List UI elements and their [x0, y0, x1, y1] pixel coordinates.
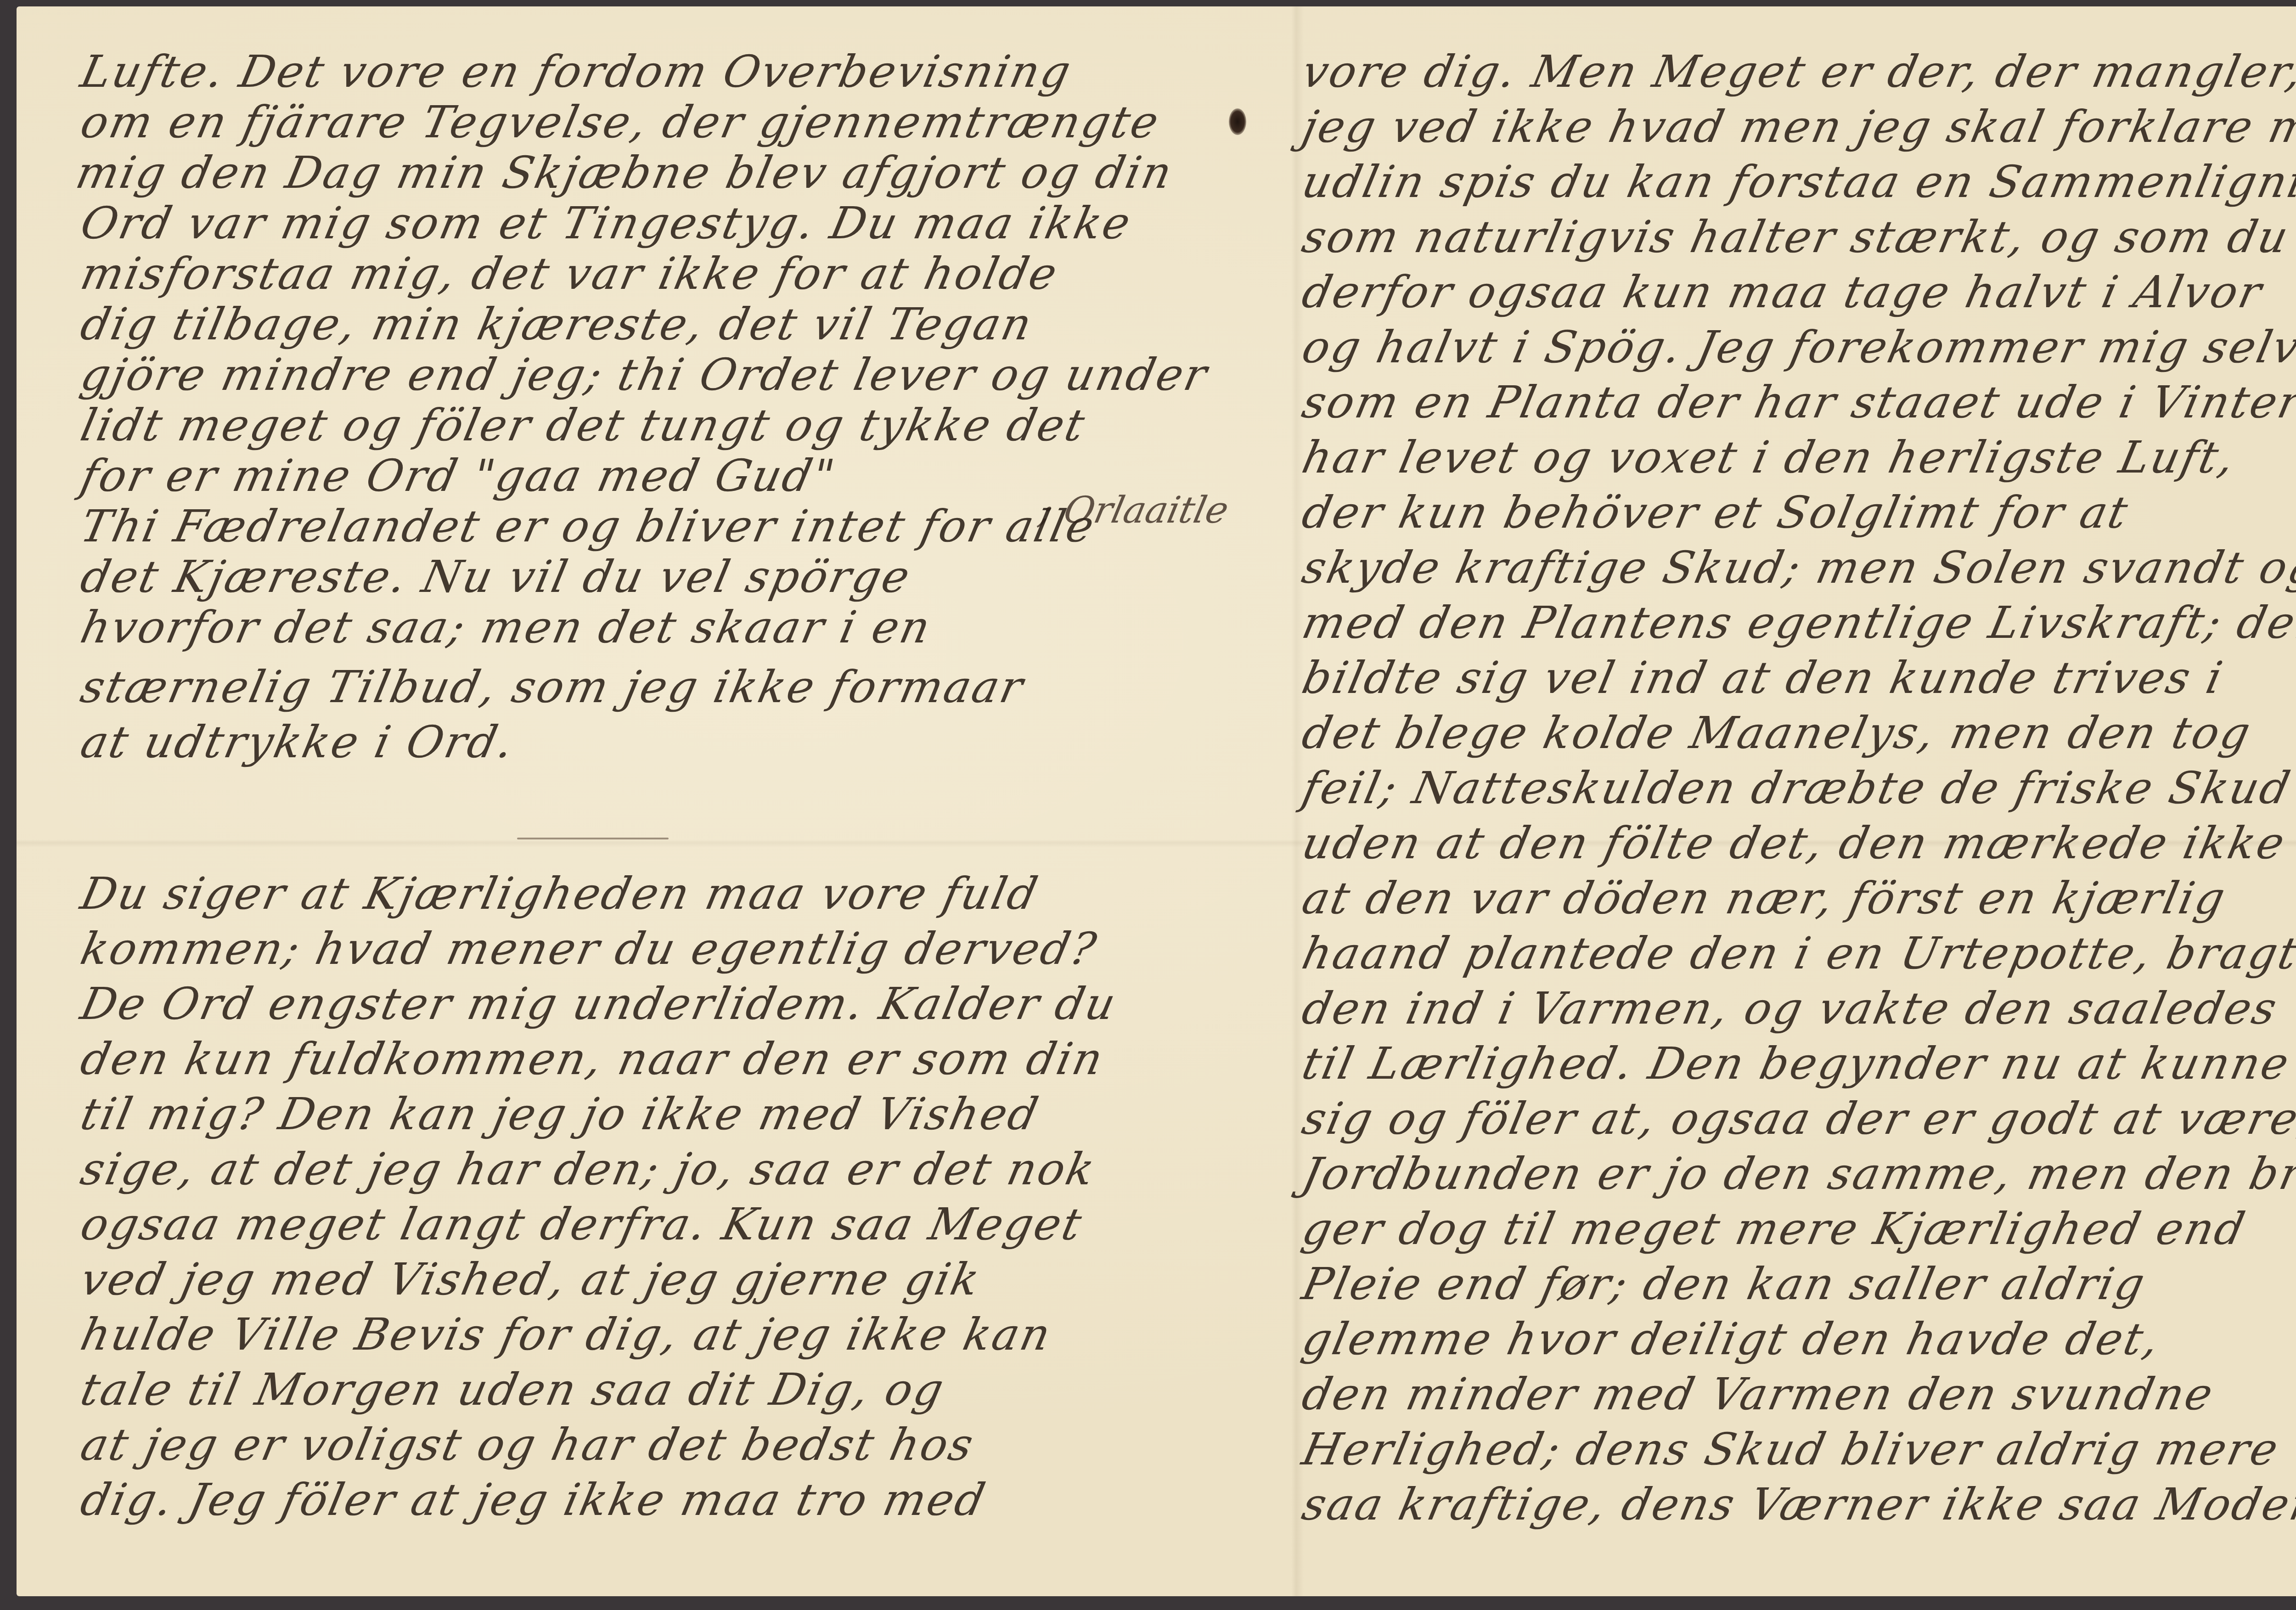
text-line: den ind i Varmen, og vakte den saaledes [1298, 983, 2283, 1034]
text-line: den minder med Varmen den svundne [1298, 1368, 2219, 1420]
text-line: sig og föler at, ogsaa der er godt at væ… [1298, 1093, 2296, 1144]
text-line: derfor ogsaa kun maa tage halvt i Alvor [1298, 266, 2268, 318]
letter-sheet: Lufte. Det vore en fordom Overbevisning … [17, 6, 2296, 1596]
text-line: ger dog til meget mere Kjærlighed end [1298, 1203, 2251, 1255]
text-line: det blege kolde Maanelys, men den tog [1298, 707, 2257, 759]
text-line: dig. Jeg föler at jeg ikke maa tro med [76, 1474, 991, 1526]
text-line: stærnelig Tilbud, som jeg ikke formaar [76, 661, 1029, 713]
text-line: har levet og voxet i den herligste Luft, [1298, 432, 2240, 483]
text-line: haand plantede den i en Urtepotte, bragt… [1298, 928, 2296, 979]
text-line: som en Planta der har staaet ude i Vinte… [1298, 377, 2296, 428]
text-line: kommen; hvad mener du egentlig derved? [76, 923, 1102, 974]
text-line: Thi Fædrelandet er og bliver intet for a… [76, 501, 1100, 552]
text-line: den kun fuldkommen, naar den er som din [76, 1033, 1109, 1085]
text-line: Ord var mig som et Tingestyg. Du maa ikk… [76, 197, 1137, 249]
text-line: bildte sig vel ind at den kunde trives i [1298, 652, 2228, 704]
text-line: gjöre mindre end jeg; thi Ordet lever og… [76, 349, 1213, 400]
text-line: at den var döden nær, först en kjærlig [1298, 873, 2231, 924]
text-line: Du siger at Kjærligheden maa vore fuld [76, 868, 1044, 919]
text-line: ogsaa meget langt derfra. Kun saa Meget [76, 1199, 1088, 1250]
text-line: skyde kraftige Skud; men Solen svandt og [1298, 542, 2296, 593]
text-line: hulde Ville Bevis for dig, at jeg ikke k… [76, 1309, 1057, 1360]
text-line: Pleie end før; den kan saller aldrig [1298, 1258, 2151, 1310]
text-line: udlin spis du kan forstaa en Sammenligni… [1298, 156, 2296, 208]
text-line: jeg ved ikke hvad men jeg skal forklare … [1298, 101, 2296, 152]
text-line: uden at den fölte det, den mærkede ikke [1298, 817, 2290, 869]
text-line: Herlighed; dens Skud bliver aldrig mere [1298, 1424, 2284, 1475]
text-line: misforstaa mig, det var ikke for at hold… [76, 248, 1063, 299]
text-line: om en fjärare Tegvelse, der gjennemtræng… [76, 96, 1165, 148]
text-line: De Ord engster mig underlidem. Kalder du [76, 978, 1122, 1030]
text-line: til mig? Den kan jeg jo ikke med Vished [76, 1088, 1044, 1140]
text-line: at jeg er voligst og har det bedst hos [76, 1419, 979, 1470]
text-line: og halvt i Spög. Jeg forekommer mig selv [1298, 321, 2296, 373]
text-line: med den Plantens egentlige Livskraft; de… [1298, 597, 2296, 648]
text-line: for er mine Ord "gaa med Gud" [76, 450, 841, 501]
text-line: tale til Morgen uden saa dit Dig, og [76, 1364, 950, 1415]
text-line: Jordbunden er jo den samme, men den bre- [1298, 1148, 2296, 1199]
text-line: mig den Dag min Skjæbne blev afgjort og … [72, 147, 1178, 198]
text-line: det Kjæreste. Nu vil du vel spörge [76, 551, 916, 602]
text-line: lidt meget og föler det tungt og tykke d… [76, 400, 1091, 451]
text-line: feil; Natteskulden dræbte de friske Skud [1298, 762, 2296, 814]
text-line: til Lærlighed. Den begynder nu at kunne [1298, 1038, 2295, 1089]
text-line: ved jeg med Vished, at jeg gjerne gik [76, 1254, 985, 1305]
section-divider [517, 838, 669, 839]
text-line: som naturligvis halter stærkt, og som du [1298, 211, 2294, 263]
ink-blot [1229, 108, 1246, 135]
text-line: hvorfor det saa; men det skaar i en [76, 602, 936, 653]
text-line: at udtrykke i Ord. [76, 716, 520, 768]
text-line: glemme hvor deiligt den havde det, [1298, 1313, 2165, 1365]
text-line: saa kraftige, dens Værner ikke saa Moder… [1298, 1479, 2296, 1530]
text-line: dig tilbage, min kjæreste, det vil Tegan [76, 298, 1038, 350]
text-line: sige, at det jeg har den; jo, saa er det… [76, 1143, 1101, 1195]
text-line: vore dig. Men Meget er der, der mangler, [1298, 46, 2296, 97]
text-line: Lufte. Det vore en fordom Overbevisning [76, 46, 1077, 97]
text-line: der kun behöver et Solglimt for at [1298, 487, 2134, 538]
